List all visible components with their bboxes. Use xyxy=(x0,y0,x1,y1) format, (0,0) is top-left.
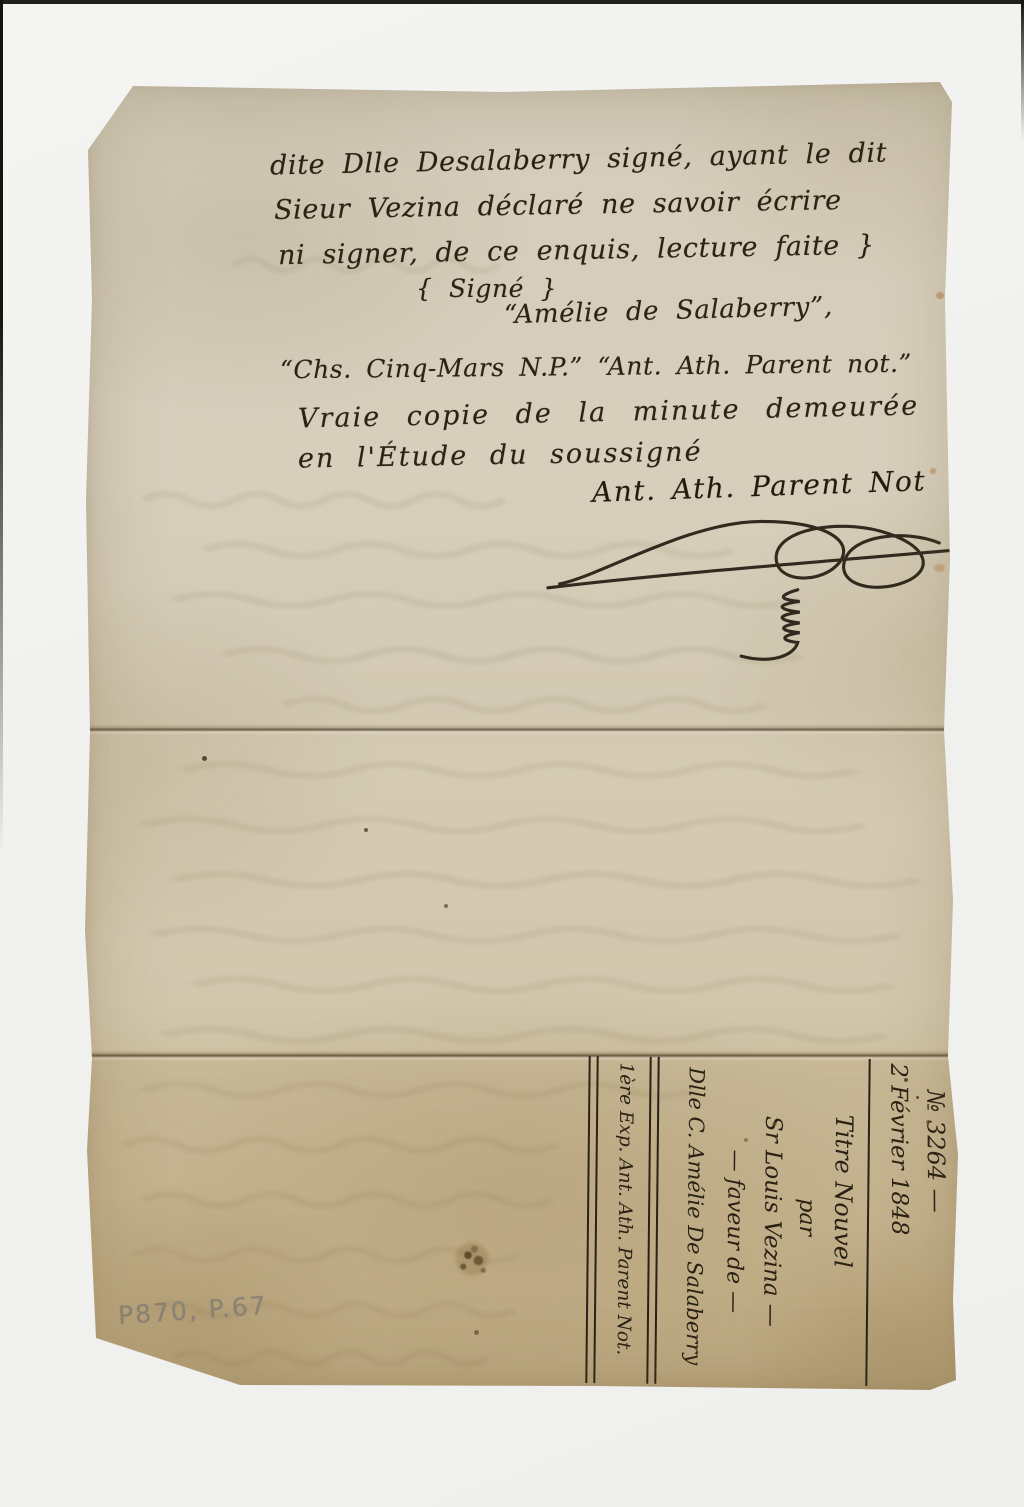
endorsement-number-block: № 3264 — 2 Février 1848 xyxy=(867,1059,956,1387)
scan-edge-top xyxy=(0,0,1024,4)
manuscript-line-1: dite Dlle Desalaberry signé, ayant le di… xyxy=(270,138,888,182)
act-par-label: par xyxy=(794,1198,819,1236)
true-copy-line-1: Vraie copie de la minute demeurée xyxy=(298,390,920,434)
manuscript-line-2: Sieur Vezina déclaré ne savoir écrire xyxy=(274,185,842,226)
ink-speck xyxy=(444,904,448,908)
ink-stain-cluster xyxy=(452,1240,492,1278)
foxing-spot xyxy=(772,1122,777,1126)
ink-speck xyxy=(202,756,207,761)
act-faveur-label: — faveur de — xyxy=(721,1149,748,1313)
act-beneficiary: Dlle C. Amélie De Salaberry xyxy=(681,1067,708,1365)
act-party: Sr Louis Vezina — xyxy=(758,1116,786,1327)
endorsement-panel: № 3264 — 2 Février 1848 Titre Nouvel par… xyxy=(590,1056,956,1387)
act-date: 2 Février 1848 xyxy=(885,1063,912,1235)
true-copy-line-2: en l'Étude du soussigné xyxy=(298,436,703,474)
act-title: Titre Nouvel xyxy=(829,1115,859,1268)
scan-edge-left xyxy=(0,0,3,900)
expedition-note: 1ère Exp. Ant. Ath. Parent Not. xyxy=(613,1062,637,1355)
notary-paraph-flourish xyxy=(542,488,952,673)
endorsement-title-block: Titre Nouvel par Sr Louis Vezina — — fav… xyxy=(656,1057,868,1386)
foxing-spot xyxy=(744,1138,748,1142)
ink-speck xyxy=(364,828,368,832)
manuscript-line-3: ni signer, de ce enquis, lecture faite } xyxy=(278,230,875,271)
foxing-spot xyxy=(934,564,945,572)
pencil-archive-label: P870, P.67 xyxy=(117,1291,268,1330)
scanned-archival-document: { "scan": { "archive_label": "P870, P.67… xyxy=(0,0,1024,1507)
foxing-spot xyxy=(936,292,944,299)
ink-speck xyxy=(916,1096,919,1099)
ink-speck xyxy=(904,1078,908,1082)
ink-speck xyxy=(474,1330,479,1335)
endorsement-copy-block: 1ère Exp. Ant. Ath. Parent Not. xyxy=(595,1056,649,1384)
document-paper-sheet: dite Dlle Desalaberry signé, ayant le di… xyxy=(84,80,962,1392)
fold-crease-upper xyxy=(84,724,962,735)
foxing-spot xyxy=(930,468,936,474)
foxing-spot xyxy=(926,1120,930,1124)
act-number: № 3264 — xyxy=(921,1090,950,1213)
quoted-notary-names: “Chs. Cinq-Mars N.P.” “Ant. Ath. Parent … xyxy=(280,349,912,385)
